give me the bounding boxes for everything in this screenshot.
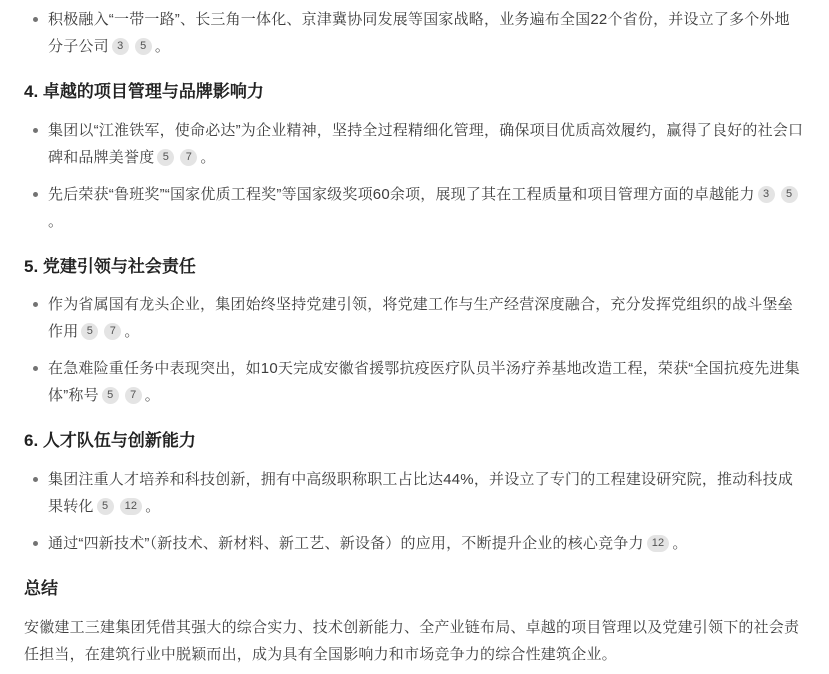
bullet-item: 积极融入“一带一路”、长三角一体化、京津冀协同发展等国家战略，业务遍布全国22个…: [24, 6, 805, 60]
bullet-item: 集团注重人才培养和科技创新，拥有中高级职称职工占比达44%，并设立了专门的工程建…: [24, 466, 805, 520]
citation-badge[interactable]: 7: [125, 387, 142, 404]
summary-paragraph: 安徽建工三建集团凭借其强大的综合实力、技术创新能力、全产业链布局、卓越的项目管理…: [24, 614, 805, 668]
section-5-bullet-list: 作为省属国有龙头企业，集团始终坚持党建引领，将党建工作与生产经营深度融合，充分发…: [24, 291, 805, 409]
bullet-suffix: 。: [155, 38, 170, 55]
intro-bullet-list: 积极融入“一带一路”、长三角一体化、京津冀协同发展等国家战略，业务遍布全国22个…: [24, 6, 805, 60]
citation-badge[interactable]: 3: [758, 186, 775, 203]
citation-badge[interactable]: 5: [102, 387, 119, 404]
bullet-item: 通过“四新技术”（新技术、新材料、新工艺、新设备）的应用，不断提升企业的核心竞争…: [24, 530, 805, 557]
citation-badge[interactable]: 5: [135, 38, 152, 55]
citation-badge[interactable]: 5: [81, 323, 98, 340]
bullet-item: 先后荣获“鲁班奖”“国家优质工程奖”等国家级奖项60余项，展现了其在工程质量和项…: [24, 181, 805, 235]
markdown-content: 积极融入“一带一路”、长三角一体化、京津冀协同发展等国家战略，业务遍布全国22个…: [24, 6, 805, 668]
citation-badge[interactable]: 7: [180, 149, 197, 166]
section-6-bullet-list: 集团注重人才培养和科技创新，拥有中高级职称职工占比达44%，并设立了专门的工程建…: [24, 466, 805, 557]
bullet-item: 集团以“江淮铁军，使命必达”为企业精神，坚持全过程精细化管理，确保项目优质高效履…: [24, 117, 805, 171]
bullet-text: 通过“四新技术”（新技术、新材料、新工艺、新设备）的应用，不断提升企业的核心竞争…: [48, 535, 644, 552]
chat-answer-pane: 积极融入“一带一路”、长三角一体化、京津冀协同发展等国家战略，业务遍布全国22个…: [0, 0, 829, 668]
section-4-bullet-list: 集团以“江淮铁军，使命必达”为企业精神，坚持全过程精细化管理，确保项目优质高效履…: [24, 117, 805, 235]
citation-badge[interactable]: 5: [97, 498, 114, 515]
section-heading-4: 4. 卓越的项目管理与品牌影响力: [24, 80, 805, 105]
citation-badge[interactable]: 3: [112, 38, 129, 55]
bullet-item: 作为省属国有龙头企业，集团始终坚持党建引领，将党建工作与生产经营深度融合，充分发…: [24, 291, 805, 345]
bullet-suffix: 。: [48, 213, 63, 230]
citation-badge[interactable]: 12: [120, 498, 143, 515]
bullet-item: 在急难险重任务中表现突出，如10天完成安徽省援鄂抗疫医疗队员半汤疗养基地改造工程…: [24, 355, 805, 409]
citation-badge[interactable]: 5: [157, 149, 174, 166]
section-heading-6: 6. 人才队伍与创新能力: [24, 429, 805, 454]
bullet-suffix: 。: [200, 149, 215, 166]
citation-badge[interactable]: 7: [104, 323, 121, 340]
section-heading-5: 5. 党建引领与社会责任: [24, 255, 805, 280]
bullet-text: 在急难险重任务中表现突出，如10天完成安徽省援鄂抗疫医疗队员半汤疗养基地改造工程…: [48, 360, 800, 404]
bullet-suffix: 。: [145, 498, 160, 515]
bullet-suffix: 。: [672, 535, 687, 552]
citation-badge[interactable]: 5: [781, 186, 798, 203]
citation-badge[interactable]: 12: [647, 535, 670, 552]
bullet-text: 先后荣获“鲁班奖”“国家优质工程奖”等国家级奖项60余项，展现了其在工程质量和项…: [48, 186, 755, 203]
bullet-suffix: 。: [145, 387, 160, 404]
bullet-suffix: 。: [124, 323, 139, 340]
bullet-text: 作为省属国有龙头企业，集团始终坚持党建引领，将党建工作与生产经营深度融合，充分发…: [48, 296, 793, 340]
summary-heading: 总结: [24, 577, 805, 602]
